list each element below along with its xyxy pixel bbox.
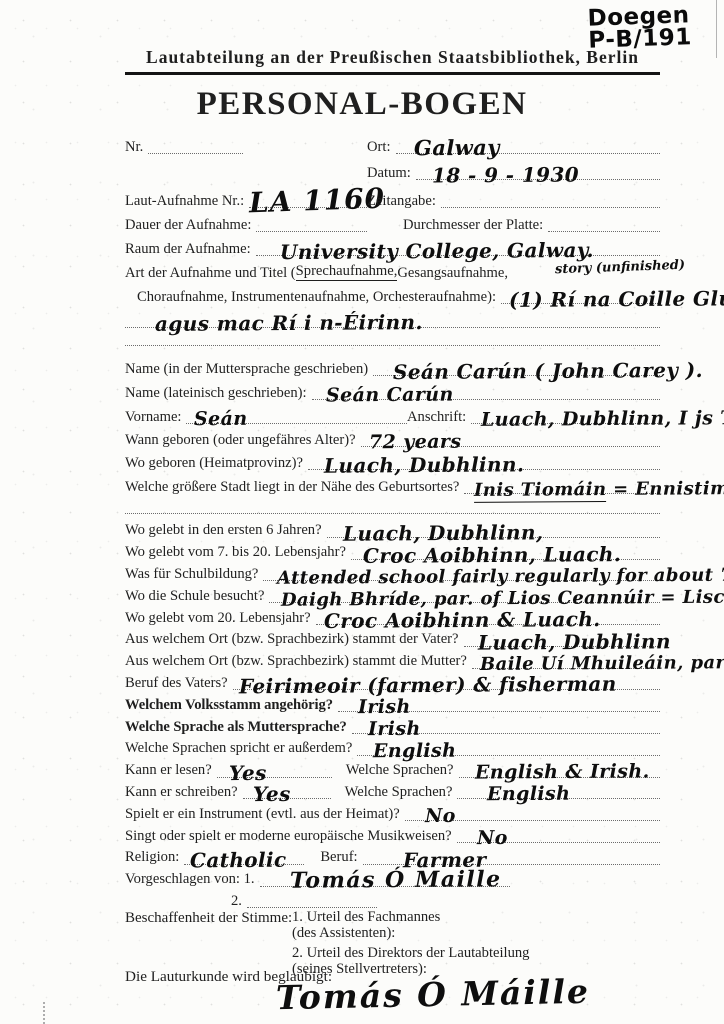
vorname-label: Vorname: [125, 410, 186, 425]
form-row-born-where: Wo geboren (Heimatprovinz)? Luach, Dubhl… [125, 447, 660, 470]
write-languages-label: Welche Sprachen? [345, 785, 458, 800]
can-write-field-line: Yes [243, 782, 331, 799]
ethnicity-field-line: Irish [338, 696, 660, 712]
art-label-sprechaufnahme: Sprechaufnahme, [296, 264, 398, 281]
form-row-mother-tongue: Welche Sprache als Muttersprache? Irish [125, 712, 660, 734]
form-row-empty-line [125, 494, 660, 514]
form-row-empty-line [125, 328, 660, 346]
form-row-father-occupation: Beruf des Vaters? Feirimeoir (farmer) & … [125, 669, 660, 691]
religion-label: Religion: [125, 850, 184, 865]
form-row-name-latin: Name (lateinisch geschrieben): Seán Carú… [125, 376, 660, 400]
father-origin-field-line: Luach, Dubhlinn [464, 630, 660, 647]
form-row-ethnicity: Welchem Volksstamm angehörig? Irish [125, 690, 660, 712]
occupation-field-line: Farmer [363, 848, 660, 865]
zeitangabe-label: Zeitangabe: [367, 194, 441, 209]
empty-field-line [125, 345, 660, 346]
name-native-label: Name (in der Muttersprache geschrieben) [125, 362, 373, 377]
can-read-label: Kann er lesen? [125, 763, 217, 778]
mother-origin-label: Aus welchem Ort (bzw. Sprachbezirk) stam… [125, 654, 472, 669]
born-where-field-line: Luach, Dubhlinn. [308, 453, 660, 470]
raum-label: Raum der Aufnahme: [125, 242, 256, 257]
form-row-can-write: Kann er schreiben? Yes Welche Sprachen? … [125, 778, 660, 800]
title-field-line: (1) Rí na Coille Gluise [501, 287, 660, 304]
born-when-field-line: 72 years [361, 431, 660, 447]
col-nr: Nr. [125, 139, 367, 154]
form-row-first6: Wo gelebt in den ersten 6 Jahren? Luach,… [125, 516, 660, 538]
section-biography: Wo gelebt in den ersten 6 Jahren? Luach,… [125, 516, 660, 908]
form-row-proposed-by-2: 2. [125, 887, 660, 909]
col-dauer: Dauer der Aufnahme: [125, 217, 367, 232]
mother-tongue-label: Welche Sprache als Muttersprache? [125, 720, 352, 735]
expert-judgement-block: 1. Urteil des Fachmannes (des Assistente… [292, 910, 440, 941]
col-durchmesser: Durchmesser der Platte: [367, 217, 660, 232]
laut-nr-field-line: LA 1160 [249, 185, 367, 208]
form-row-dauer-durchmesser: Dauer der Aufnahme: Durchmesser der Plat… [125, 208, 660, 232]
form-row-name-native: Name (in der Muttersprache geschrieben) … [125, 352, 660, 376]
form-row-proposed-by: Vorgeschlagen von: 1. Tomás Ó Maille [125, 865, 660, 887]
born-where-label: Wo geboren (Heimatprovinz)? [125, 456, 308, 471]
scan-edge-dotted-line [43, 1002, 45, 1024]
form-row-other-languages: Welche Sprachen spricht er außerdem? Eng… [125, 734, 660, 756]
mother-tongue-field-line: Irish [352, 718, 660, 734]
form-row-from20: Wo gelebt vom 20. Lebensjahr? Croc Aoibh… [125, 603, 660, 625]
y7to20-field-line: Croc Aoibhinn, Luach. [351, 543, 660, 560]
form-row-modern-music: Singt oder spielt er moderne europäische… [125, 821, 660, 843]
dauer-label: Dauer der Aufnahme: [125, 218, 256, 233]
other-languages-field-line: English [357, 740, 660, 756]
form-row-instrument: Spielt er ein Instrument (evtl. aus der … [125, 799, 660, 821]
anschrift-field-line: Luach, Dubhlinn, I js T [471, 408, 660, 424]
name-native-field-line: Seán Carún ( John Carey ). [373, 359, 660, 376]
proposed-by2-label: 2. [231, 894, 247, 909]
art-label-suffix: Gesangsaufnahme, [397, 266, 513, 281]
instrument-field-line: No [405, 805, 660, 821]
school-where-label: Wo die Schule besucht? [125, 589, 269, 604]
form-row-school-where: Wo die Schule besucht? Daigh Bhríde, par… [125, 581, 660, 603]
proposed-by-field-line: Tomás Ó Maille [260, 868, 510, 887]
form-row-art-line1: Art der Aufnahme und Titel ( Sprechaufna… [125, 256, 660, 280]
durchmesser-label: Durchmesser der Platte: [403, 218, 548, 233]
director-judgement-line1: 2. Urteil des Direktors der Lautabteilun… [292, 946, 529, 962]
personal-bogen-scanned-form: Doegen P-B/191 Lautabteilung an der Preu… [0, 0, 724, 1024]
col-anschrift: Anschrift: Luach, Dubhlinn, I js T [407, 408, 660, 424]
father-origin-label: Aus welchem Ort (bzw. Sprachbezirk) stam… [125, 632, 464, 647]
ethnicity-label: Welchem Volksstamm angehörig? [125, 698, 338, 713]
form-row-religion-beruf: Religion: Catholic Beruf: Farmer [125, 843, 660, 865]
art-label-line2: Choraufnahme, Instrumentenaufnahme, Orch… [137, 290, 501, 305]
vorname-field-line: Seán [186, 408, 407, 424]
expert-judgement-line2: (des Assistenten): [292, 926, 440, 942]
laut-nr-label: Laut-Aufnahme Nr.: [125, 194, 249, 209]
col-vorname: Vorname: Seán [125, 408, 407, 424]
art-label-prefix: Art der Aufnahme und Titel ( [125, 266, 296, 281]
form-row-vorname-anschrift: Vorname: Seán Anschrift: Luach, Dubhlinn… [125, 400, 660, 424]
father-occupation-label: Beruf des Vaters? [125, 676, 233, 691]
first6-label: Wo gelebt in den ersten 6 Jahren? [125, 523, 327, 538]
datum-label: Datum: [367, 166, 416, 181]
modern-music-field-line: No [457, 827, 660, 843]
nr-label: Nr. [125, 140, 148, 155]
voice-quality-label: Beschaffenheit der Stimme: [125, 910, 292, 927]
section-person: Name (in der Muttersprache geschrieben) … [125, 352, 660, 514]
institution-header: Lautabteilung an der Preußischen Staatsb… [125, 47, 660, 75]
school-where-field-line: Daigh Bhríde, par. of Lios Ceannúir = Li… [269, 588, 660, 603]
form-row-nr-ort: Nr. Ort: Galway [125, 132, 660, 154]
col-datum: Datum: 18 - 9 - 1930 [367, 163, 660, 180]
empty-field-line [125, 513, 660, 514]
ort-field-line: Galway [396, 136, 660, 154]
from20-field-line: Croc Aoibhinn & Luach. [316, 608, 660, 625]
first6-field-line: Luach, Dubhlinn, [327, 521, 660, 538]
form-row-father-origin: Aus welchem Ort (bzw. Sprachbezirk) stam… [125, 625, 660, 647]
religion-field-line: Catholic [184, 848, 304, 865]
art-annotation-handwritten: story (unfinished) [555, 260, 685, 275]
form-row-born-when: Wann geboren (oder ungefähres Alter)? 72… [125, 424, 660, 447]
father-occupation-field-line: Feirimeoir (farmer) & fisherman [233, 673, 660, 690]
y7to20-label: Wo gelebt vom 7. bis 20. Lebensjahr? [125, 545, 351, 560]
col-laut-nr: Laut-Aufnahme Nr.: LA 1160 [125, 185, 367, 208]
certification-signature-handwritten: Tomás Ó Máille [276, 979, 590, 1012]
form-row-mother-origin: Aus welchem Ort (bzw. Sprachbezirk) stam… [125, 647, 660, 669]
archive-reference-handwritten: Doegen P-B/191 [587, 4, 692, 52]
can-read-field-line: Yes [217, 761, 332, 778]
form-row-7to20: Wo gelebt vom 7. bis 20. Lebensjahr? Cro… [125, 538, 660, 560]
name-latin-label: Name (lateinisch geschrieben): [125, 386, 312, 401]
occupation-label: Beruf: [320, 850, 362, 865]
scan-edge-right-line [716, 0, 717, 58]
nearest-town-label: Welche größere Stadt liegt in der Nähe d… [125, 480, 464, 495]
education-label: Was für Schulbildung? [125, 567, 263, 582]
read-languages-field-line: English & Irish. [459, 761, 660, 777]
form-row-datum: Datum: 18 - 9 - 1930 [125, 154, 660, 180]
form-row-raum: Raum der Aufnahme: University College, G… [125, 232, 660, 256]
page-title: PERSONAL-BOGEN [0, 86, 724, 123]
form-row-title-continued: agus mac Rí i n-Éirinn. [125, 304, 660, 328]
from20-label: Wo gelebt vom 20. Lebensjahr? [125, 611, 316, 626]
datum-field-line: 18 - 9 - 1930 [416, 163, 660, 180]
other-languages-label: Welche Sprachen spricht er außerdem? [125, 741, 357, 756]
raum-field-line: University College, Galway. [256, 239, 660, 256]
mother-origin-field-line: Baile Uí Mhuileáin, par. of [472, 653, 660, 668]
title-field-line2: agus mac Rí i n-Éirinn. [125, 311, 660, 328]
form-row-can-read: Kann er lesen? Yes Welche Sprachen? Engl… [125, 756, 660, 778]
proposed-by-label: Vorgeschlagen von: 1. [125, 872, 260, 887]
form-row-art-line2: Choraufnahme, Instrumentenaufnahme, Orch… [125, 280, 660, 304]
can-write-label: Kann er schreiben? [125, 785, 243, 800]
education-field-line: Attended school fairly regularly for abo… [263, 566, 660, 581]
born-when-label: Wann geboren (oder ungefähres Alter)? [125, 433, 361, 448]
col-ort: Ort: Galway [367, 136, 660, 154]
read-languages-label: Welche Sprachen? [346, 763, 459, 778]
modern-music-label: Singt oder spielt er moderne europäische… [125, 829, 457, 844]
expert-judgement-line1: 1. Urteil des Fachmannes [292, 910, 440, 926]
ort-label: Ort: [367, 140, 396, 155]
write-languages-field-line: English [457, 783, 660, 799]
anschrift-label: Anschrift: [407, 410, 471, 425]
nearest-town-field-line: Inis Tiomáin = Ennistim, [464, 479, 660, 494]
form-row-lautnr-zeit: Laut-Aufnahme Nr.: LA 1160 Zeitangabe: [125, 180, 660, 208]
col-zeitangabe: Zeitangabe: [367, 193, 660, 208]
section-recording: Nr. Ort: Galway Datum: 18 - 9 - 1930 [125, 132, 660, 346]
form-row-education: Was für Schulbildung? Attended school fa… [125, 560, 660, 582]
instrument-label: Spielt er ein Instrument (evtl. aus der … [125, 807, 405, 822]
name-latin-field-line: Seán Carún [312, 384, 660, 400]
form-row-nearest-town: Welche größere Stadt liegt in der Nähe d… [125, 470, 660, 494]
